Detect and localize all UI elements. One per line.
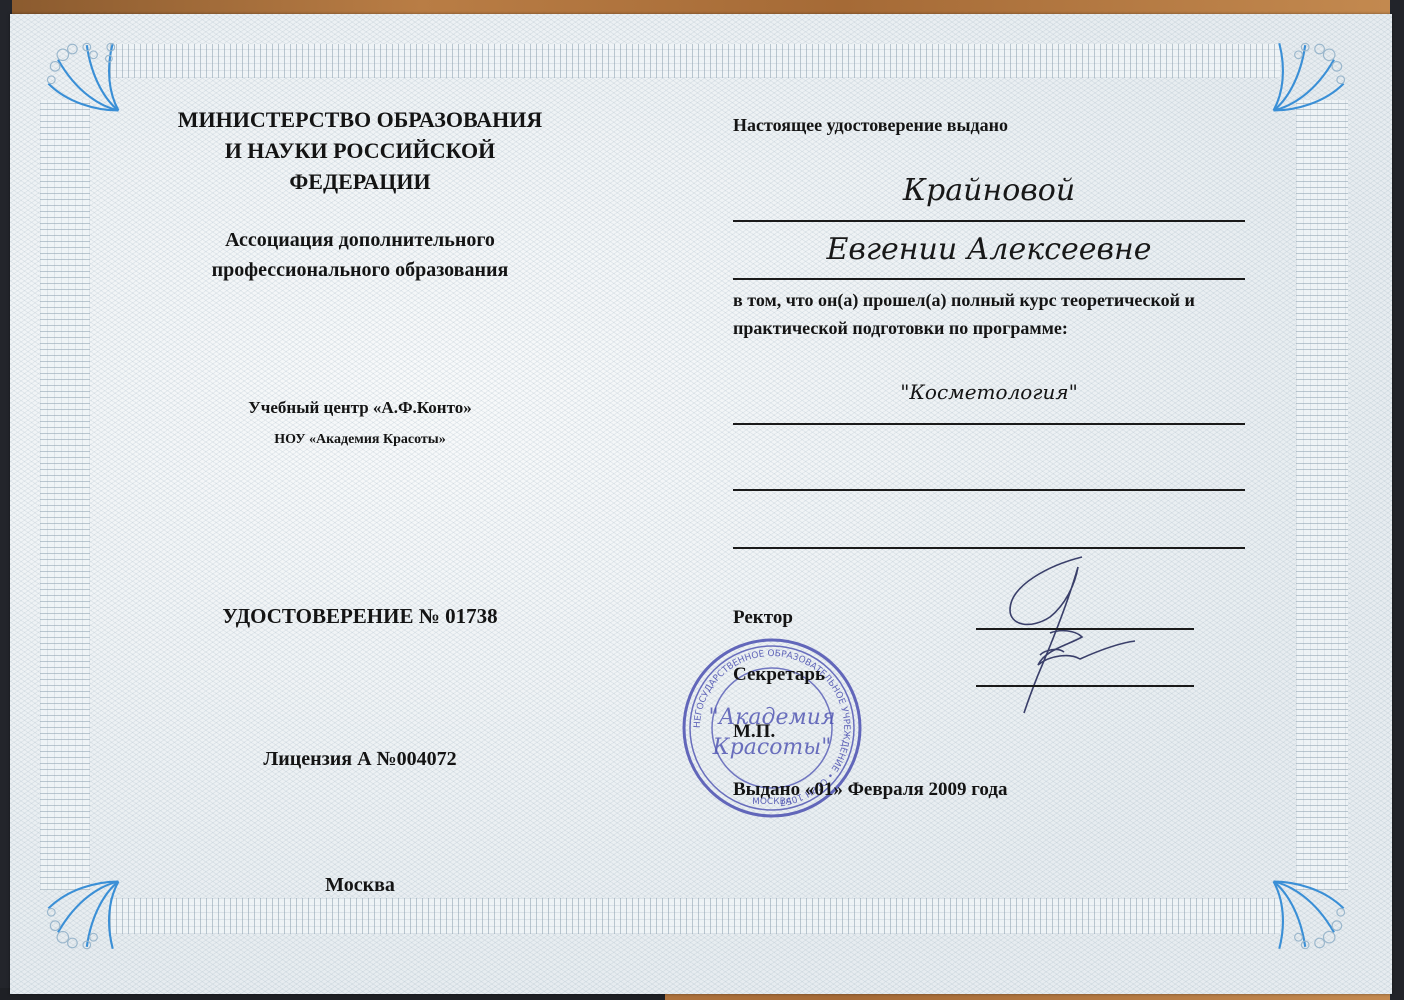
issued-to-label: Настоящее удостоверение выдано [733,115,1008,136]
rector-label: Ректор [733,607,793,629]
guilloche-border-right [1296,100,1348,890]
guilloche-border-left [40,100,90,890]
rector-signature-line [976,628,1194,630]
issue-date: Выдано «01» Февраля 2009 года [733,779,1007,801]
program-name: "Косметология" [733,380,1245,404]
rector-signature [990,555,1140,715]
institution-name: НОУ «Академия Красоты» [160,432,560,448]
course-statement: в том, что он(а) прошел(а) полный курс т… [733,286,1203,342]
underline [733,220,1245,222]
city-name: Москва [160,874,560,897]
secretary-label: Секретарь [733,664,825,686]
recipient-given-names: Евгении Алексеевне [733,232,1245,267]
license-number: Лицензия А №004072 [160,748,560,771]
guilloche-border-bottom [110,898,1280,934]
corner-ornament-icon [1262,870,1358,966]
ministry-heading: МИНИСТЕРСТВО ОБРАЗОВАНИЯ И НАУКИ РОССИЙС… [170,104,550,197]
underline [733,278,1245,280]
underline [733,423,1245,425]
folder-cover-right-edge [1390,0,1404,1000]
certificate-number: УДОСТОВЕРЕНИЕ № 01738 [160,604,560,629]
corner-ornament-icon [1262,26,1358,122]
training-center-name: Учебный центр «А.Ф.Конто» [160,398,560,418]
seal-place-label: М.П. [733,721,775,743]
guilloche-border-top [110,44,1280,78]
blank-line [733,547,1245,549]
blank-line [733,489,1245,491]
corner-ornament-icon [34,26,130,122]
secretary-signature-line [976,685,1194,687]
corner-ornament-icon [34,870,130,966]
recipient-surname: Крайновой [733,173,1245,208]
association-name: Ассоциация дополнительного профессиональ… [160,225,560,285]
